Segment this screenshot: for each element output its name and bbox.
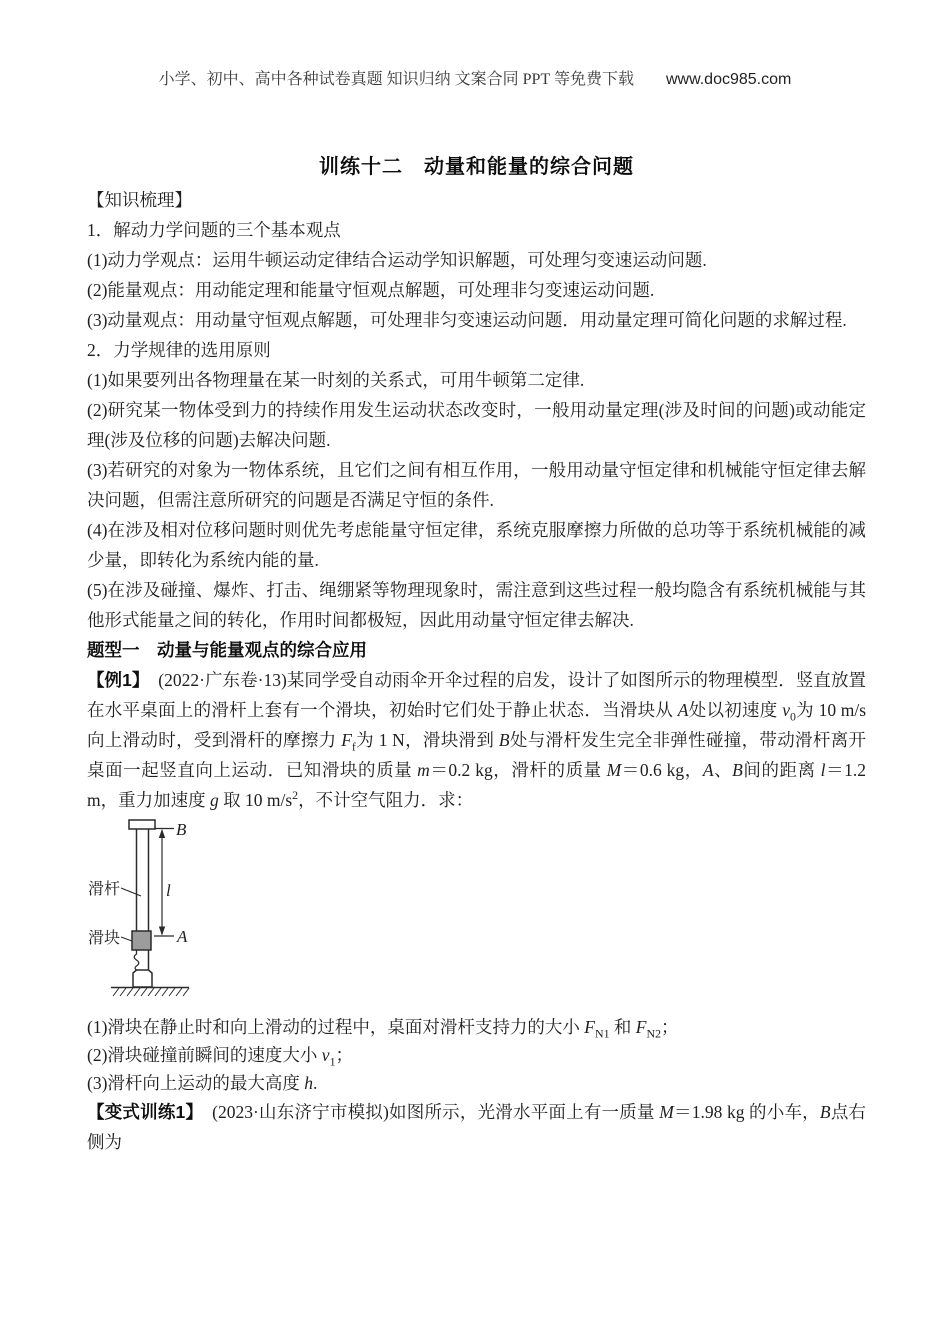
example-problem-text: 【例1】 (2022·广东卷·13)某同学受自动雨伞开伞过程的启发，设计了如图所… (87, 665, 866, 815)
question-list: (1)滑块在静止时和向上滑动的过程中，桌面对滑杆支持力的大小 FN1 和 FN2… (87, 1013, 866, 1097)
page-header: 小学、初中、高中各种试卷真题 知识归纳 文案合同 PPT 等免费下载www.do… (0, 66, 950, 89)
knowledge-paragraph: (5)在涉及碰撞、爆炸、打击、绳绷紧等物理现象时，需注意到这些过程一般均隐含有系… (87, 575, 866, 635)
rod-label-leader (121, 888, 141, 896)
question-1: (1)滑块在静止时和向上滑动的过程中，桌面对滑杆支持力的大小 FN1 和 FN2… (87, 1013, 866, 1041)
knowledge-paragraph: (3)若研究的对象为一物体系统，且它们之间有相互作用，一般用动量守恒定律和机械能… (87, 455, 866, 515)
knowledge-paragraph: (2)能量观点：用动能定理和能量守恒观点解题，可处理非匀变速运动问题. (87, 275, 866, 305)
slider-block (132, 931, 151, 950)
length-l-label: l (166, 881, 171, 900)
rod-top-cap (129, 820, 155, 829)
physics-figure: 滑杆 滑块 B A l (87, 815, 866, 1001)
page-title: 训练十二 动量和能量的综合问题 (87, 150, 866, 179)
dimension-line-l (154, 829, 174, 937)
knowledge-paragraph: 1．解动力学问题的三个基本观点 (87, 215, 866, 245)
knowledge-paragraph: 2．力学规律的选用原则 (87, 335, 866, 365)
stand-base (133, 970, 152, 987)
topic-heading: 题型一 动量与能量观点的综合应用 (87, 635, 866, 665)
knowledge-paragraph: (4)在涉及相对位移问题时则优先考虑能量守恒定律，系统克服摩擦力所做的总功等于系… (87, 515, 866, 575)
header-site-link[interactable]: www.doc985.com (666, 71, 791, 88)
ground-hatching (113, 988, 189, 996)
question-3: (3)滑杆向上运动的最大高度 h. (87, 1069, 866, 1097)
block-label-leader (121, 937, 132, 941)
knowledge-paragraph: (1)动力学观点：运用牛顿运动定律结合运动学知识解题，可处理匀变速运动问题. (87, 245, 866, 275)
knowledge-paragraph: (2)研究某一物体受到力的持续作用发生运动状态改变时，一般用动量定理(涉及时间的… (87, 395, 866, 455)
rod-label: 滑杆 (88, 880, 120, 898)
knowledge-paragraph: (3)动量观点：用动量守恒观点解题，可处理非匀变速运动问题．用动量定理可简化问题… (87, 305, 866, 335)
point-b-label: B (176, 820, 187, 839)
variant-training-text: 【变式训练1】 (2023·山东济宁市模拟)如图所示，光滑水平面上有一质量 M＝… (87, 1097, 866, 1157)
knowledge-paragraph: (1)如果要列出各物理量在某一时刻的关系式，可用牛顿第二定律. (87, 365, 866, 395)
header-promo-text: 小学、初中、高中各种试卷真题 知识归纳 文案合同 PPT 等免费下载 (159, 71, 634, 88)
knowledge-section-label: 【知识梳理】 (87, 185, 866, 215)
rod-slider-diagram: 滑杆 滑块 B A l (87, 815, 199, 1001)
question-2: (2)滑块碰撞前瞬间的速度大小 v1； (87, 1041, 866, 1069)
arrowhead-down-icon (159, 927, 165, 936)
point-a-label: A (176, 927, 188, 946)
block-label: 滑块 (88, 929, 120, 947)
rod-break-squiggle (134, 950, 139, 970)
document-body: 【知识梳理】 1．解动力学问题的三个基本观点 (1)动力学观点：运用牛顿运动定律… (87, 185, 866, 1157)
arrowhead-up-icon (159, 829, 165, 838)
